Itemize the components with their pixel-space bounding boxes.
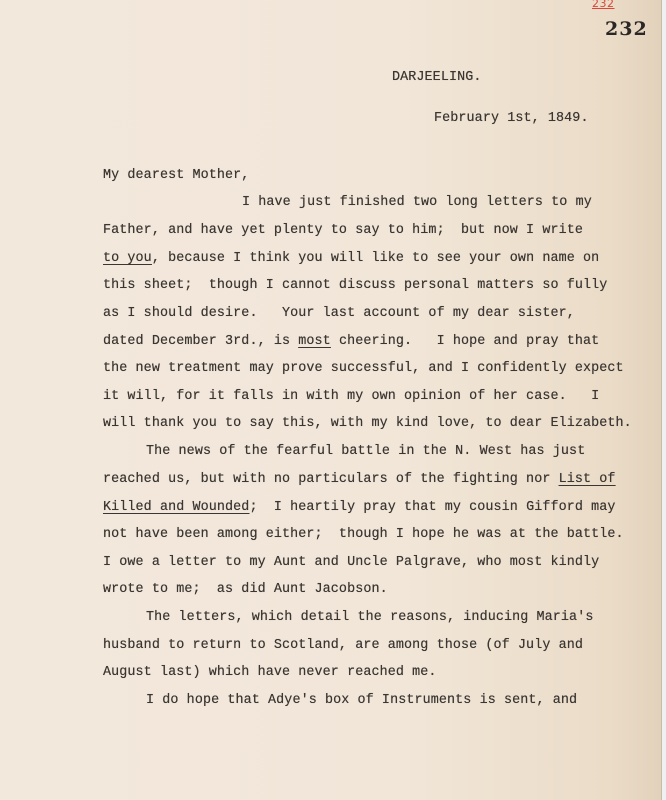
body-line-9: will thank you to say this, with my kind… [103,416,632,431]
body-line-2: Father, and have yet plenty to say to hi… [103,223,583,238]
body-line-3: to you, because I think you will like to… [103,251,599,266]
line-text: dated December 3rd., is [103,334,298,349]
body-line-1: I have just finished two long letters to… [242,195,592,210]
body-line-5: as I should desire. Your last account of… [103,306,575,321]
body-line-17: husband to return to Scotland, are among… [103,638,583,653]
body-line-10: The news of the fearful battle in the N.… [146,444,585,459]
line-text: reached us, but with no particulars of t… [103,472,559,487]
letter-date: February 1st, 1849. [434,111,589,126]
body-line-13: not have been among either; though I hop… [103,527,624,542]
underlined-phrase: most [298,334,331,349]
letter-page: 232 232 DARJEELING. February 1st, 1849. … [0,0,661,800]
pencil-page-number: 232 [592,0,615,10]
body-line-14: I owe a letter to my Aunt and Uncle Palg… [103,555,599,570]
body-line-6: dated December 3rd., is most cheering. I… [103,334,599,349]
stamped-page-number: 232 [605,18,648,40]
underlined-phrase: List of [559,472,616,487]
body-line-18: August last) which have never reached me… [103,665,437,680]
body-line-16: The letters, which detail the reasons, i… [146,610,593,625]
letter-salutation: My dearest Mother, [103,168,249,183]
underlined-phrase: to you [103,251,152,266]
body-line-4: this sheet; though I cannot discuss pers… [103,278,607,293]
body-line-7: the new treatment may prove successful, … [103,361,624,376]
body-line-19: I do hope that Adye's box of Instruments… [146,693,577,708]
body-line-15: wrote to me; as did Aunt Jacobson. [103,582,388,597]
body-line-8: it will, for it falls in with my own opi… [103,389,599,404]
body-line-11: reached us, but with no particulars of t… [103,472,616,487]
line-text: , because I think you will like to see y… [152,251,599,266]
line-text: ; I heartily pray that my cousin Gifford… [249,500,615,515]
letter-place: DARJEELING. [392,70,482,85]
underlined-phrase: Killed and Wounded [103,500,249,515]
body-line-12: Killed and Wounded; I heartily pray that… [103,500,616,515]
line-text: cheering. I hope and pray that [331,334,599,349]
